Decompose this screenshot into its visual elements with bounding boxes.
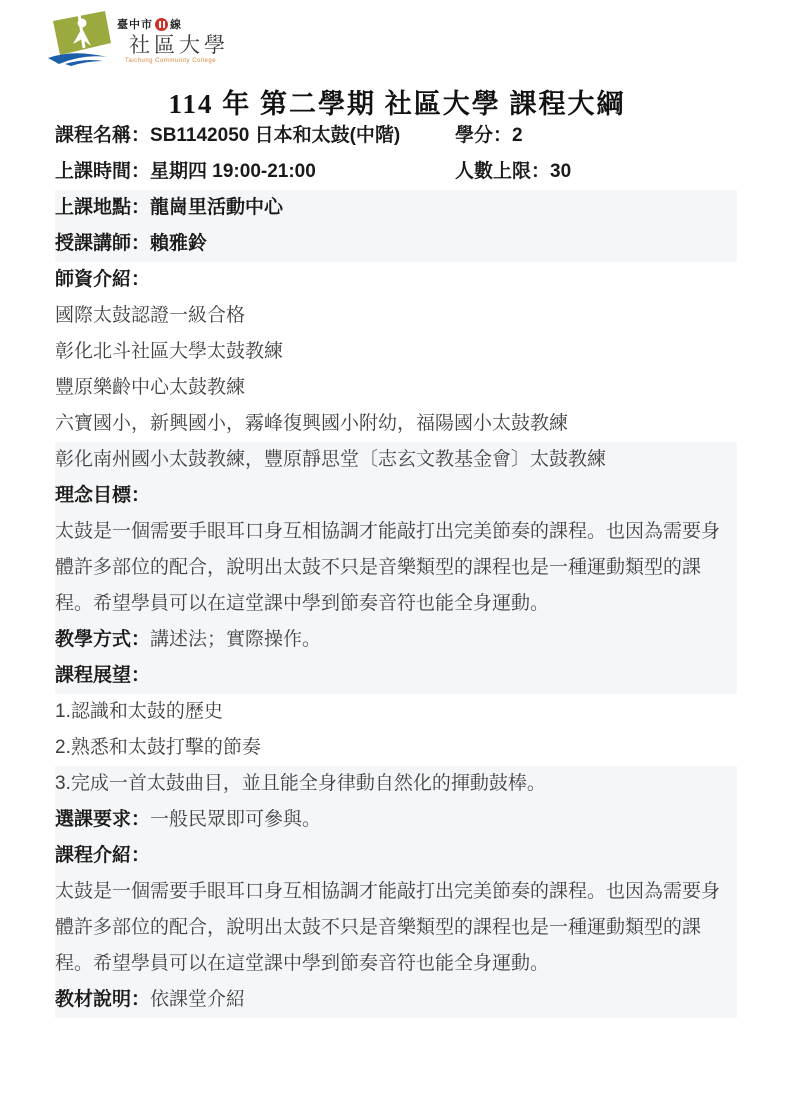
course-name-field: 課程名稱：SB1142050 日本和太鼓(中階) [55,118,455,154]
credential-text: 豐原樂齡中心太鼓教練 [55,377,245,398]
row-material-note: 教材說明：依課堂介紹 [55,982,737,1018]
row-outlook-heading: 課程展望： [55,658,737,694]
location-value: 龍崗里活動中心 [150,197,283,218]
course-intro-label: 課程介紹： [55,845,150,866]
row-course-intro-heading: 課程介紹： [55,838,737,874]
teacher-intro-label: 師資介紹： [55,269,150,290]
class-time-value: 星期四 19:00-21:00 [150,161,316,182]
row-goal-paragraph: 太鼓是一個需要手眼耳口身互相協調才能敲打出完美節奏的課程。也因為需要身體許多部位… [55,514,737,622]
row-teaching-method: 教學方式：講述法；實際操作。 [55,622,737,658]
location-label: 上課地點： [55,197,150,218]
row-teacher-intro-heading: 師資介紹： [55,262,737,298]
course-intro-paragraph-text: 太鼓是一個需要手眼耳口身互相協調才能敲打出完美節奏的課程。也因為需要身體許多部位… [55,881,720,974]
row-class-time: 上課時間：星期四 19:00-21:00 人數上限：30 [55,154,737,190]
outlook-item-text: 3.完成一首太鼓曲目，並且能全身律動自然化的揮動鼓棒。 [55,773,546,794]
credential-text: 彰化北斗社區大學太鼓教練 [55,341,283,362]
school-logo: 臺中市 線 社區大學 Taichung Community College [45,8,225,68]
syllabus-content: 課程名稱：SB1142050 日本和太鼓(中階) 學分：2 上課時間：星期四 1… [55,118,737,1018]
course-name-label: 課程名稱： [55,125,150,146]
instructor-value: 賴雅鈴 [150,233,207,254]
logo-book-icon [45,8,115,68]
enrollment-requirement-value: 一般民眾即可參與。 [150,809,321,830]
row-teacher-credential-4: 六寶國小，新興國小，霧峰復興國小附幼，福陽國小太鼓教練 [55,406,737,442]
page-title: 114 年 第二學期 社區大學 課程大綱 [0,82,794,121]
credits-field: 學分：2 [455,118,737,154]
row-outlook-item-3: 3.完成一首太鼓曲目，並且能全身律動自然化的揮動鼓棒。 [55,766,737,802]
class-time-field: 上課時間：星期四 19:00-21:00 [55,154,455,190]
credits-label: 學分： [455,125,512,146]
enrollment-requirement-label: 選課要求： [55,809,150,830]
course-syllabus-page: 臺中市 線 社區大學 Taichung Community College 11… [0,0,794,1100]
goal-paragraph-text: 太鼓是一個需要手眼耳口身互相協調才能敲打出完美節奏的課程。也因為需要身體許多部位… [55,521,720,614]
row-location: 上課地點：龍崗里活動中心 [55,190,737,226]
capacity-value: 30 [550,161,571,182]
row-teacher-credential-5: 彰化南州國小太鼓教練，豐原靜思堂〔志玄文教基金會〕太鼓教練 [55,442,737,478]
row-instructor: 授課講師：賴雅鈴 [55,226,737,262]
outlook-label: 課程展望： [55,665,150,686]
course-name-value: SB1142050 日本和太鼓(中階) [150,125,400,146]
capacity-label: 人數上限： [455,161,550,182]
outlook-item-text: 2.熟悉和太鼓打擊的節奏 [55,737,261,758]
material-note-value: 依課堂介紹 [150,989,245,1010]
credential-text: 彰化南州國小太鼓教練，豐原靜思堂〔志玄文教基金會〕太鼓教練 [55,449,606,470]
row-goal-heading: 理念目標： [55,478,737,514]
class-time-label: 上課時間： [55,161,150,182]
row-course-name: 課程名稱：SB1142050 日本和太鼓(中階) 學分：2 [55,118,737,154]
row-enrollment-requirement: 選課要求：一般民眾即可參與。 [55,802,737,838]
goal-label: 理念目標： [55,485,150,506]
teaching-method-label: 教學方式： [55,629,150,650]
row-teacher-credential-3: 豐原樂齡中心太鼓教練 [55,370,737,406]
logo-english-name: Taichung Community College [125,58,216,64]
row-course-intro-paragraph: 太鼓是一個需要手眼耳口身互相協調才能敲打出完美節奏的課程。也因為需要身體許多部位… [55,874,737,982]
logo-school-name: 社區大學 [129,29,229,59]
credential-text: 國際太鼓認證一級合格 [55,305,245,326]
row-outlook-item-1: 1.認識和太鼓的歷史 [55,694,737,730]
row-teacher-credential-1: 國際太鼓認證一級合格 [55,298,737,334]
credential-text: 六寶國小，新興國小，霧峰復興國小附幼，福陽國小太鼓教練 [55,413,568,434]
row-teacher-credential-2: 彰化北斗社區大學太鼓教練 [55,334,737,370]
credits-value: 2 [512,125,523,146]
row-outlook-item-2: 2.熟悉和太鼓打擊的節奏 [55,730,737,766]
teaching-method-value: 講述法；實際操作。 [150,629,321,650]
material-note-label: 教材說明： [55,989,150,1010]
outlook-item-text: 1.認識和太鼓的歷史 [55,701,223,722]
instructor-label: 授課講師： [55,233,150,254]
capacity-field: 人數上限：30 [455,154,737,190]
